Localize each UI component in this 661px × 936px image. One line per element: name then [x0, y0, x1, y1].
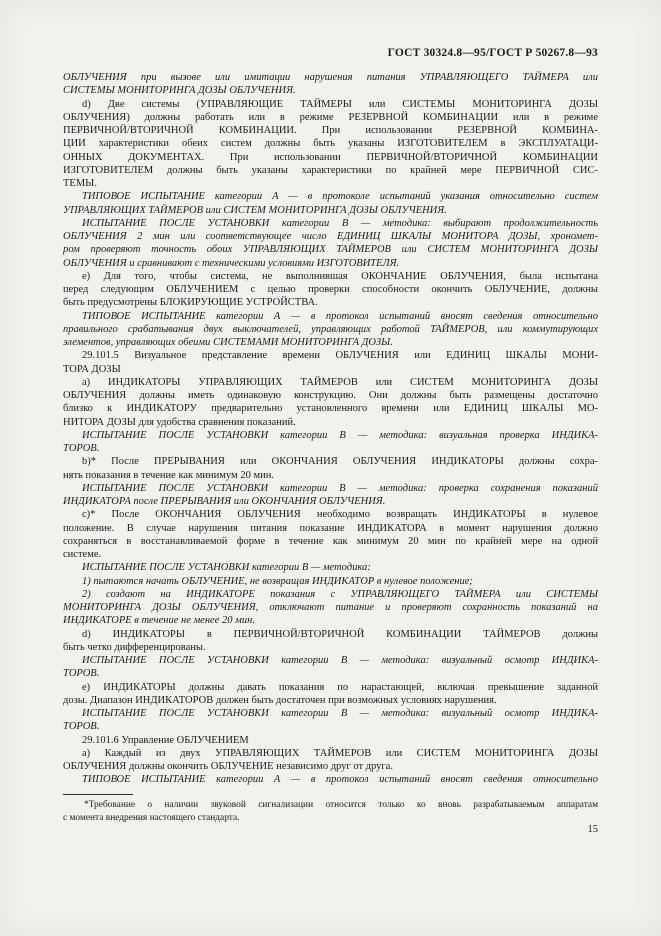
document-code-header: ГОСТ 30324.8—95/ГОСТ Р 50267.8—93 — [63, 46, 598, 60]
text-line: d) Две системы (УПРАВЛЯЮЩИЕ ТАЙМЕРЫ или … — [63, 98, 598, 111]
text-line: e) ИНДИКАТОРЫ должны давать показания по… — [63, 681, 598, 694]
text-line: ИСПЫТАНИЕ ПОСЛЕ УСТАНОВКИ категории В — … — [63, 654, 598, 667]
text-line: ИНДИКАТОРА после ПРЕРЫВАНИЯ или ОКОНЧАНИ… — [63, 495, 598, 508]
text-line: близко к ИНДИКАТОРУ предварительно устан… — [63, 402, 598, 415]
text-line: ЦИИ характеристики обеих систем должны б… — [63, 137, 598, 150]
text-line: ИСПЫТАНИЕ ПОСЛЕ УСТАНОВКИ категории В — … — [63, 217, 598, 230]
text-line: ИСПЫТАНИЕ ПОСЛЕ УСТАНОВКИ категории В — … — [63, 429, 598, 442]
text-line: a) Каждый из двух УПРАВЛЯЮЩИХ ТАЙМЕРОВ и… — [63, 747, 598, 760]
text-line: СИСТЕМЫ МОНИТОРИНГА ДОЗЫ ОБЛУЧЕНИЯ. — [63, 84, 598, 97]
text-line: перед следующим ОБЛУЧЕНИЕМ с целью прове… — [63, 283, 598, 296]
text-line: ИНДИКАТОРЕ в течение не менее 20 мин. — [63, 614, 598, 627]
text-line: c)* После ОКОНЧАНИЯ ОБЛУЧЕНИЯ необходимо… — [63, 508, 598, 521]
text-line: ОБЛУЧЕНИЯ должны окончить ОБЛУЧЕНИЕ неза… — [63, 760, 598, 773]
text-line: ТИПОВОЕ ИСПЫТАНИЕ категории А — в проток… — [63, 773, 598, 786]
text-line: системе. — [63, 548, 598, 561]
document-page: ГОСТ 30324.8—95/ГОСТ Р 50267.8—93 ОБЛУЧЕ… — [0, 0, 661, 936]
text-line: дозы. Диапазон ИНДИКАТОРОВ должен быть д… — [63, 694, 598, 707]
text-line: d) ИНДИКАТОРЫ в ПЕРВИЧНОЙ/ВТОРИЧНОЙ КОМБ… — [63, 628, 598, 641]
text-line: быть четко дифференцированы. — [63, 641, 598, 654]
text-line: ром проверяют точность обоих УПРАВЛЯЮЩИХ… — [63, 243, 598, 256]
text-line: нять показания в течение как минимум 20 … — [63, 469, 598, 482]
text-line: МОНИТОРИНГА ДОЗЫ ОБЛУЧЕНИЯ, отключают пи… — [63, 601, 598, 614]
text-line: ОБЛУЧЕНИЯ и сравнивают с техническими ус… — [63, 257, 598, 270]
text-line: быть предусмотрены БЛОКИРУЮЩИЕ УСТРОЙСТВ… — [63, 296, 598, 309]
text-line: 29.101.6 Управление ОБЛУЧЕНИЕМ — [63, 734, 598, 747]
footnote-line: *Требование о наличии звуковой сигнализа… — [63, 799, 598, 812]
text-line: ИЗГОТОВИТЕЛЕМ должны быть указаны характ… — [63, 164, 598, 177]
text-line: положение. В случае нарушения питания по… — [63, 522, 598, 535]
text-line: ТЕМЫ. — [63, 177, 598, 190]
text-line: НИТОРА ДОЗЫ для удобства сравнения показ… — [63, 416, 598, 429]
text-line: ОБЛУЧЕНИЯ) должны работать или в режиме … — [63, 111, 598, 124]
text-line: ОБЛУЧЕНИЯ должны иметь одинаковую констр… — [63, 389, 598, 402]
text-line: ТИПОВОЕ ИСПЫТАНИЕ категории А — в проток… — [63, 310, 598, 323]
text-line: ТОРА ДОЗЫ — [63, 363, 598, 376]
text-line: ТИПОВОЕ ИСПЫТАНИЕ категории А — в проток… — [63, 190, 598, 203]
text-line: ТОРОВ. — [63, 667, 598, 680]
document-body: ОБЛУЧЕНИЯ при вызове или имитации наруше… — [63, 71, 598, 787]
text-line: ТОРОВ. — [63, 720, 598, 733]
text-line: правильного срабатывания двух выключател… — [63, 323, 598, 336]
footnote-separator — [63, 794, 133, 795]
text-line: e) Для того, чтобы система, не выполнивш… — [63, 270, 598, 283]
text-line: ИСПЫТАНИЕ ПОСЛЕ УСТАНОВКИ категории В — … — [63, 482, 598, 495]
text-line: УПРАВЛЯЮЩИХ ТАЙМЕРОВ или СИСТЕМ МОНИТОРИ… — [63, 204, 598, 217]
text-line: ИСПЫТАНИЕ ПОСЛЕ УСТАНОВКИ категории В — … — [63, 561, 598, 574]
text-line: b)* После ПРЕРЫВАНИЯ или ОКОНЧАНИЯ ОБЛУЧ… — [63, 455, 598, 468]
text-line: сохраняться в восстанавливаемой форме в … — [63, 535, 598, 548]
text-line: ОБЛУЧЕНИЯ при вызове или имитации наруше… — [63, 71, 598, 84]
text-line: 1) пытаются начать ОБЛУЧЕНИЕ, не возвращ… — [63, 575, 598, 588]
text-line: 2) создают на ИНДИКАТОРЕ показания с УПР… — [63, 588, 598, 601]
text-line: элементов, управляющих обеими СИСТЕМАМИ … — [63, 336, 598, 349]
text-line: ТОРОВ. — [63, 442, 598, 455]
footnote: *Требование о наличии звуковой сигнализа… — [63, 799, 598, 825]
text-line: a) ИНДИКАТОРЫ УПРАВЛЯЮЩИХ ТАЙМЕРОВ или С… — [63, 376, 598, 389]
page-number: 15 — [63, 824, 598, 835]
text-line: ОННЫХ ДОКУМЕНТАХ. При использовании ПЕРВ… — [63, 151, 598, 164]
text-line: ИСПЫТАНИЕ ПОСЛЕ УСТАНОВКИ категории В — … — [63, 707, 598, 720]
text-line: ОБЛУЧЕНИЯ 2 мин или соответствующее числ… — [63, 230, 598, 243]
text-line: 29.101.5 Визуальное представление времен… — [63, 349, 598, 362]
text-line: ПЕРВИЧНОЙ/ВТОРИЧНОЙ КОМБИНАЦИИ. При испо… — [63, 124, 598, 137]
